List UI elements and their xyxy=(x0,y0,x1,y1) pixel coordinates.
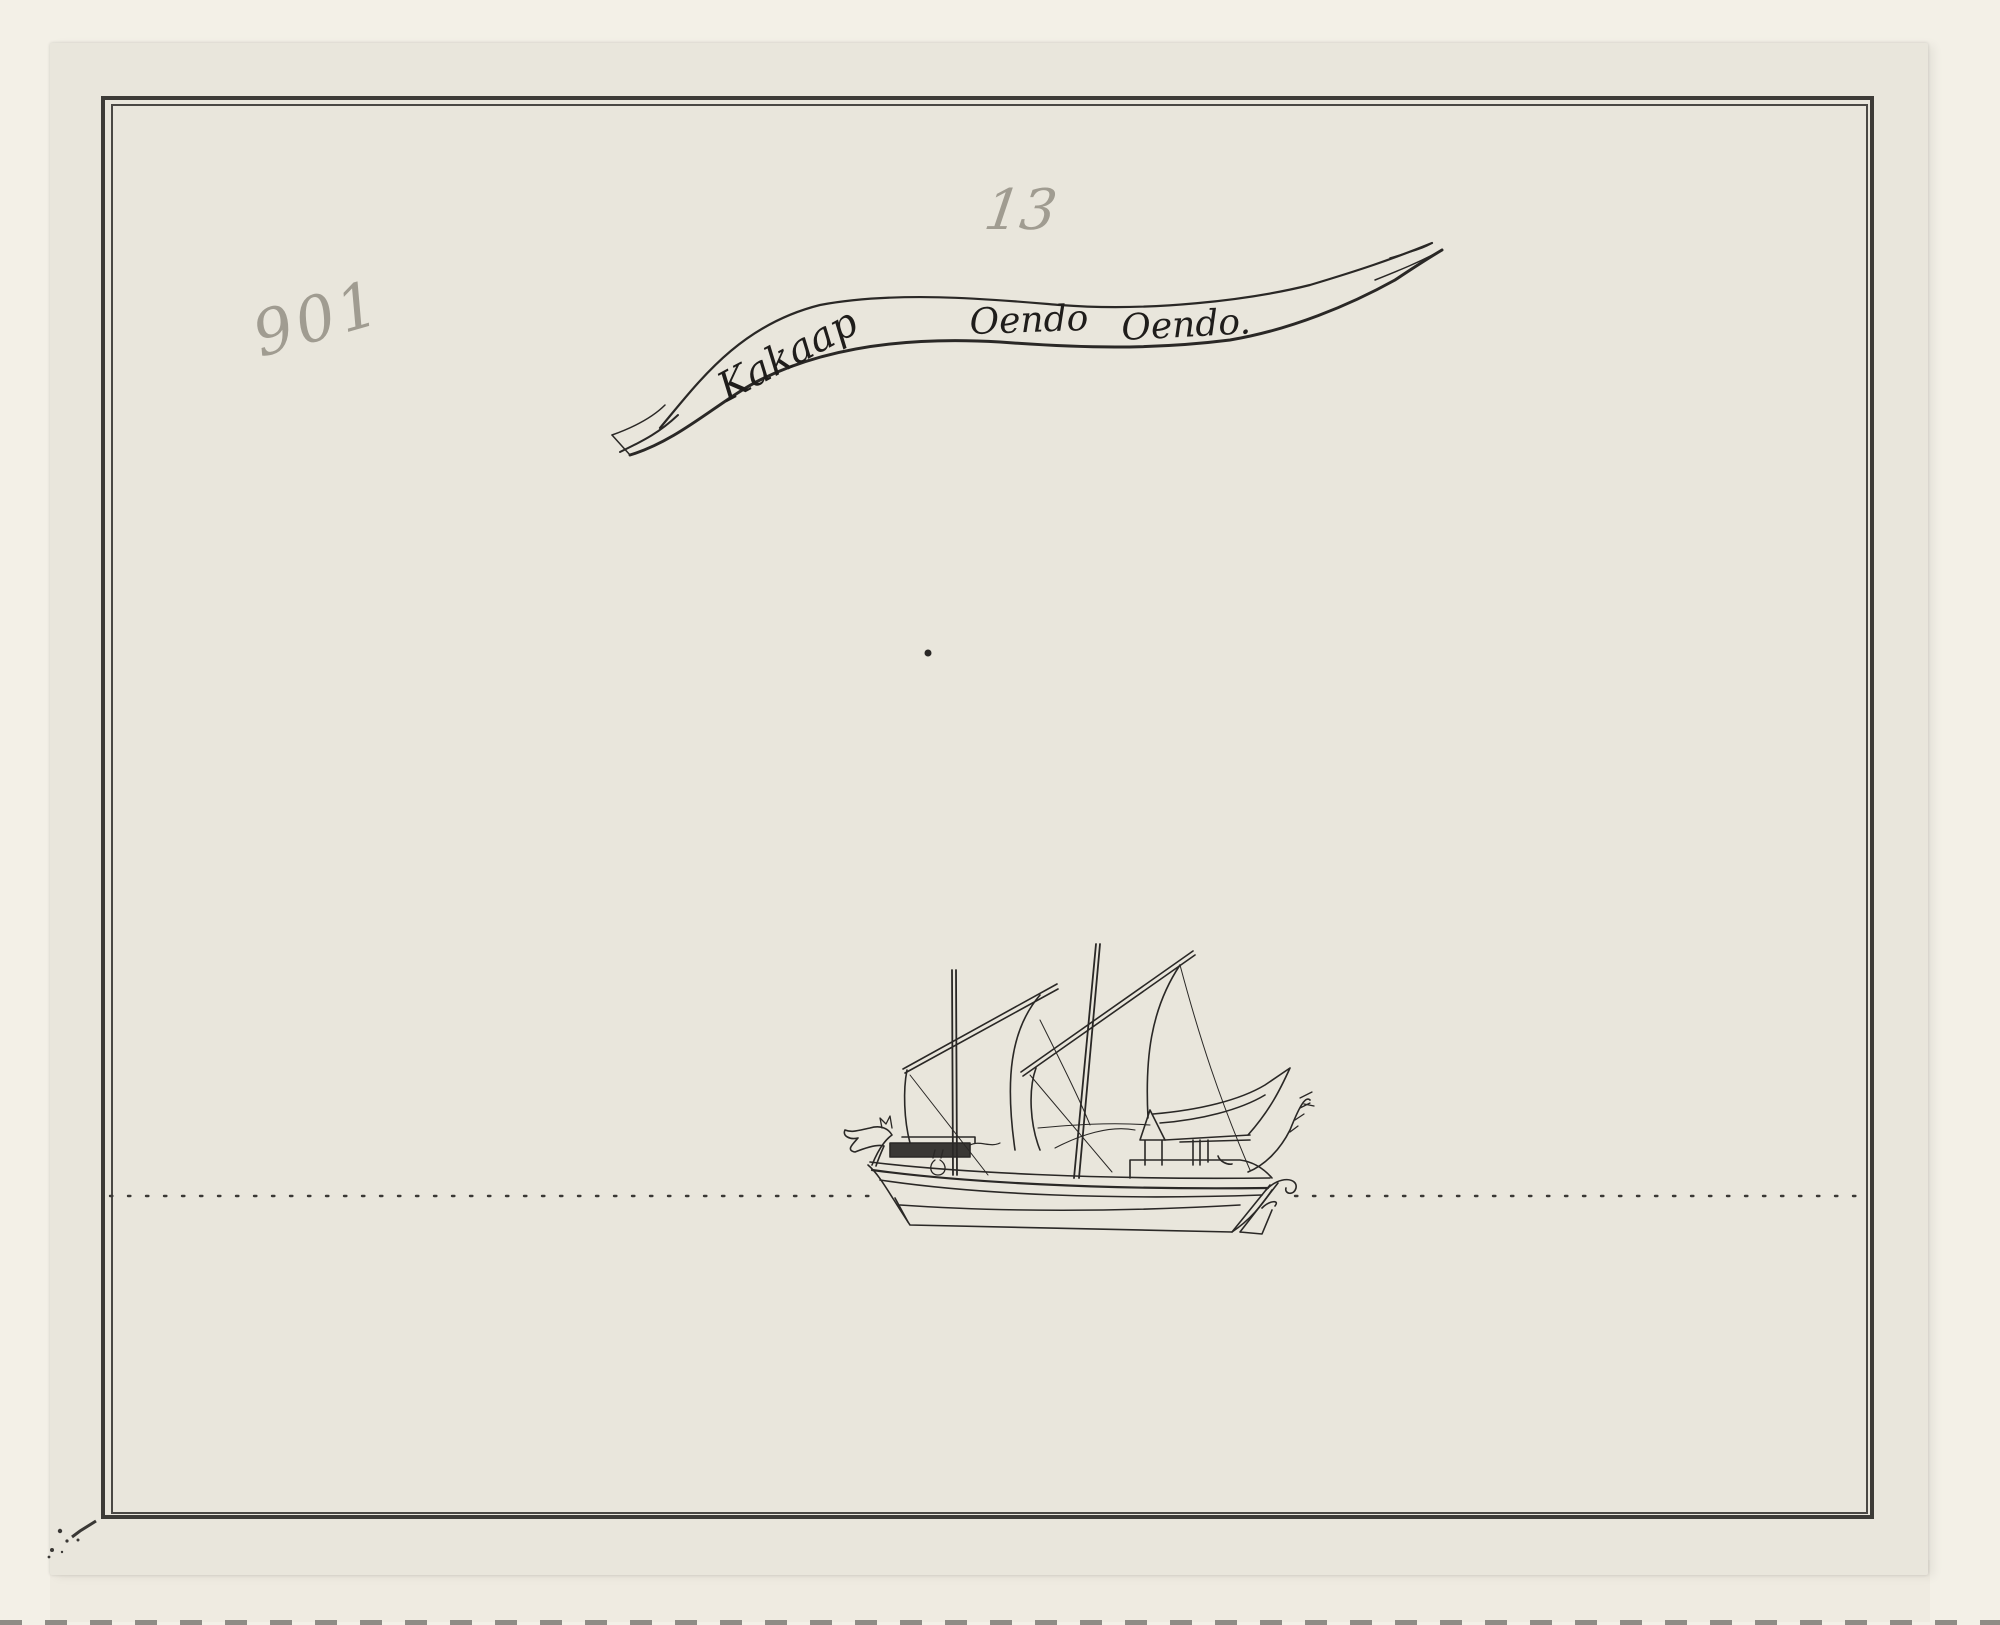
ink-dot xyxy=(925,650,932,657)
banner-word-2: Oendo xyxy=(969,298,1089,343)
banner-word-3: Oendo. xyxy=(1120,301,1252,349)
ink-spatter xyxy=(48,1521,96,1558)
ship-drawing xyxy=(844,944,1314,1234)
ink-drawing: Kakaap Oendo Oendo. xyxy=(0,0,2000,1625)
fore-yard xyxy=(903,984,1058,1073)
main-yard xyxy=(1021,951,1195,1076)
title-banner xyxy=(612,243,1442,455)
main-sail xyxy=(1031,1068,1040,1150)
fore-sail xyxy=(905,1070,910,1143)
dragon-head xyxy=(844,1127,892,1166)
cabin-roof xyxy=(1140,1110,1165,1165)
